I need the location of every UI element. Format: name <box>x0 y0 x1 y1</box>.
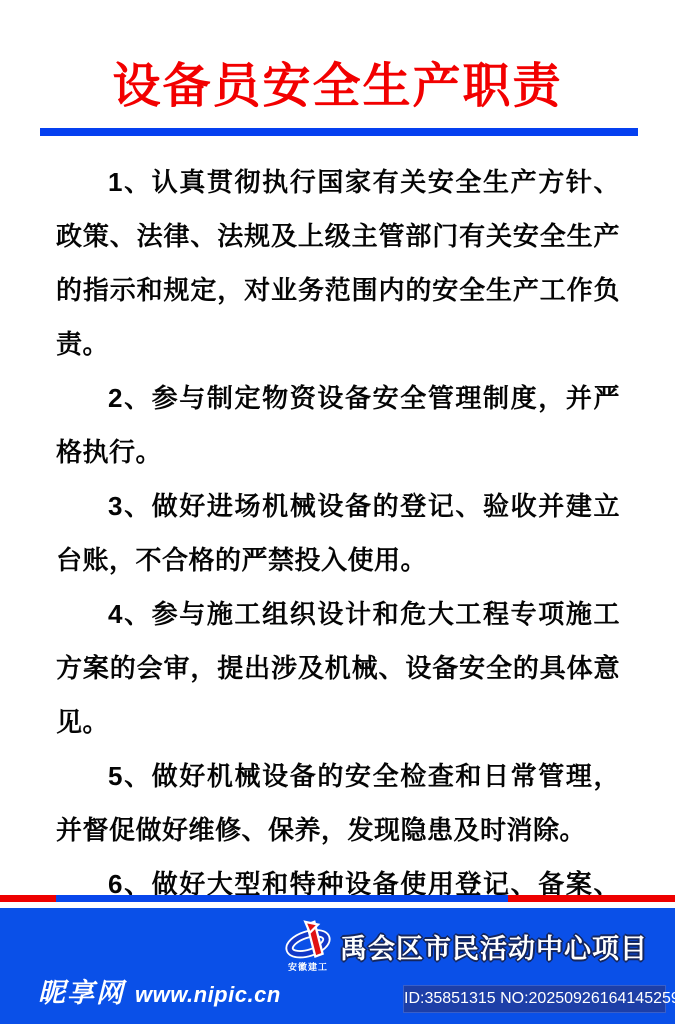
site-name: 昵享网 <box>38 971 125 1010</box>
poster-page: 设备员安全生产职责 1、认真贯彻执行国家有关安全生产方针、政策、法律、法规及上级… <box>0 0 675 1024</box>
image-id-badge: ID:35851315 NO:20250926164145259104 <box>403 985 666 1013</box>
brand-block: 安徽建工 禹会区市民活动中心项目 <box>282 920 648 973</box>
title-divider <box>40 128 638 136</box>
strip-segment-red-right <box>508 895 675 902</box>
site-url: www.nipic.cn <box>135 982 281 1008</box>
nipic-watermark: 昵享网 www.nipic.cn <box>38 971 281 1010</box>
anhui-jiangong-logo: 安徽建工 <box>282 920 334 973</box>
strip-segment-blue <box>56 895 508 902</box>
duty-item-4: 4、参与施工组织设计和危大工程专项施工方案的会审，提出涉及机械、设备安全的具体意… <box>56 587 620 749</box>
tricolor-strip <box>0 895 675 902</box>
logo-caption: 安徽建工 <box>288 960 328 973</box>
anhui-jiangong-logo-icon <box>285 920 331 962</box>
page-title: 设备员安全生产职责 <box>0 58 675 116</box>
duty-item-1: 1、认真贯彻执行国家有关安全生产方针、政策、法律、法规及上级主管部门有关安全生产… <box>56 155 620 371</box>
duty-item-2: 2、参与制定物资设备安全管理制度，并严格执行。 <box>56 371 620 479</box>
duty-list: 1、认真贯彻执行国家有关安全生产方针、政策、法律、法规及上级主管部门有关安全生产… <box>56 155 620 965</box>
duty-item-3: 3、做好进场机械设备的登记、验收并建立台账，不合格的严禁投入使用。 <box>56 479 620 587</box>
duty-item-5: 5、做好机械设备的安全检查和日常管理，并督促做好维修、保养，发现隐患及时消除。 <box>56 749 620 857</box>
footer-bar: 安徽建工 禹会区市民活动中心项目 昵享网 www.nipic.cn ID:358… <box>0 908 675 1024</box>
project-name: 禹会区市民活动中心项目 <box>340 927 648 966</box>
strip-segment-red-left <box>0 895 56 902</box>
